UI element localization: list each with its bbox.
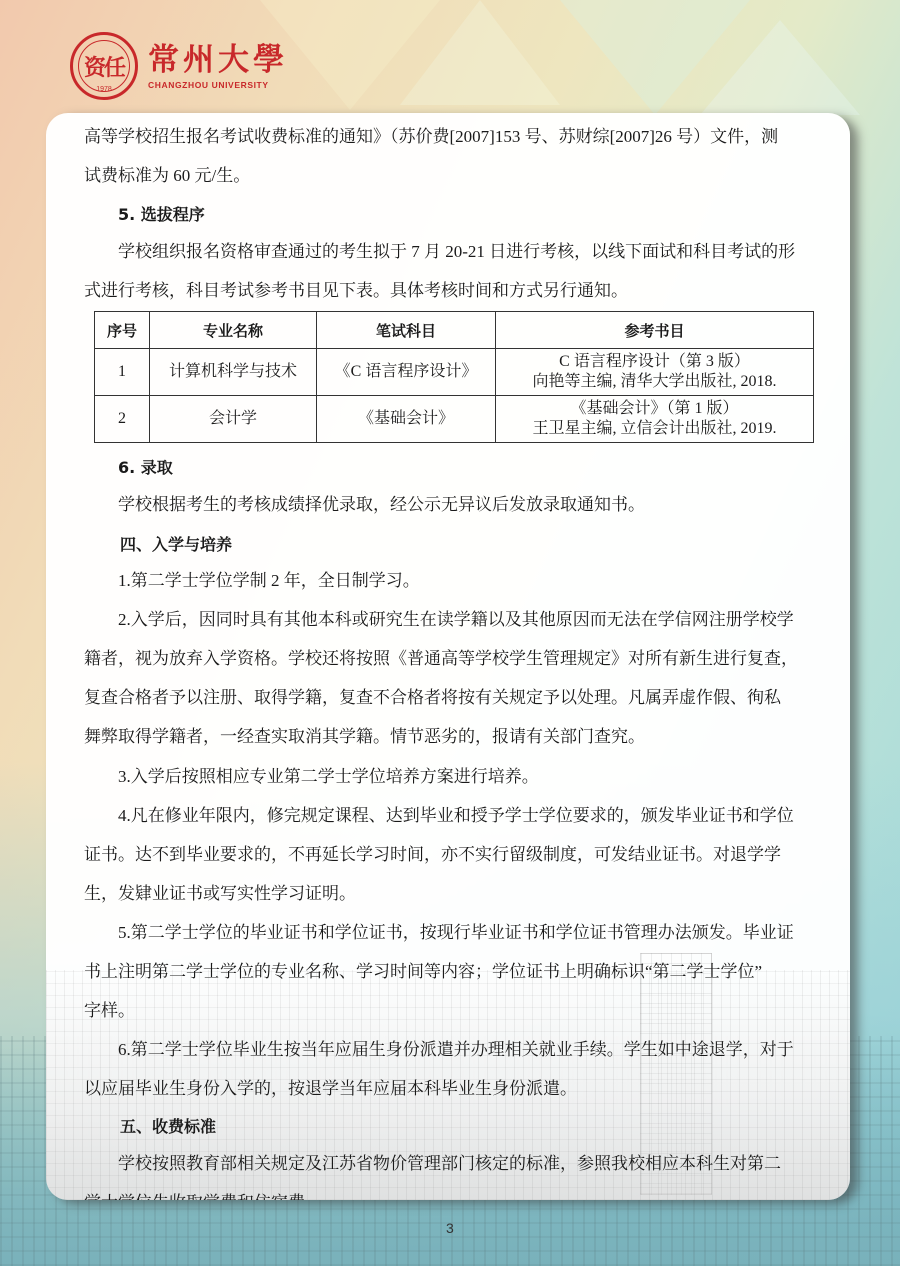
university-name-en: CHANGZHOU UNIVERSITY xyxy=(148,80,288,90)
cell-major: 会计学 xyxy=(150,396,317,443)
paragraph-line: 字样。 xyxy=(84,999,135,1023)
paragraph-line: 式进行考核，科目考试参考书目见下表。具体考核时间和方式另行通知。 xyxy=(84,279,628,303)
university-logo: 资任 · 1978 · 常州大學 CHANGZHOU UNIVERSITY xyxy=(70,30,288,102)
paragraph-line: 学校按照教育部相关规定及江苏省物价管理部门核定的标准，参照我校相应本科生对第二 xyxy=(84,1152,781,1176)
paragraph-line: 舞弊取得学籍者，一经查实取消其学籍。情节恶劣的，报请有关部门查究。 xyxy=(84,725,645,749)
paragraph-line: 6.第二学士学位毕业生按当年应届生身份派遣并办理相关就业手续。学生如中途退学，对… xyxy=(84,1038,794,1062)
university-seal-icon: 资任 · 1978 · xyxy=(70,32,138,100)
paragraph-line: 1.第二学士学位学制 2 年，全日制学习。 xyxy=(84,569,420,593)
page-number: 3 xyxy=(446,1220,454,1236)
paragraph-line: 学校根据考生的考核成绩择优录取，经公示无异议后发放录取通知书。 xyxy=(84,493,645,517)
part-heading-enrollment: 四、入学与培养 xyxy=(84,533,232,557)
cell-book: 《基础会计》（第 1 版） 王卫星主编, 立信会计出版社, 2019. xyxy=(496,396,814,443)
paragraph-line: 5.第二学士学位的毕业证书和学位证书，按现行毕业证书和学位证书管理办法颁发。毕业… xyxy=(84,921,794,945)
paragraph-line: 籍者，视为放弃入学资格。学校还将按照《普通高等学校学生管理规定》对所有新生进行复… xyxy=(84,647,798,671)
cell-no: 2 xyxy=(95,396,150,443)
book-publisher: 向艳等主编, 清华大学出版社, 2018. xyxy=(496,372,813,392)
column-header: 专业名称 xyxy=(150,312,317,349)
book-publisher: 王卫星主编, 立信会计出版社, 2019. xyxy=(496,419,813,439)
cell-major: 计算机科学与技术 xyxy=(150,349,317,396)
book-title: 《基础会计》（第 1 版） xyxy=(496,399,813,419)
column-header: 笔试科目 xyxy=(317,312,496,349)
book-title: C 语言程序设计（第 3 版） xyxy=(496,352,813,372)
paragraph-line: 高等学校招生报名考试收费标准的通知》（苏价费[2007]153 号、苏财综[20… xyxy=(84,125,778,149)
column-header: 序号 xyxy=(95,312,150,349)
cell-exam: 《C 语言程序设计》 xyxy=(317,349,496,396)
cell-book: C 语言程序设计（第 3 版） 向艳等主编, 清华大学出版社, 2018. xyxy=(496,349,814,396)
section-heading-admission: 6. 录取 xyxy=(84,456,173,480)
cell-exam: 《基础会计》 xyxy=(317,396,496,443)
table-row: 1 计算机科学与技术 《C 语言程序设计》 C 语言程序设计（第 3 版） 向艳… xyxy=(95,349,814,396)
document-card: 高等学校招生报名考试收费标准的通知》（苏价费[2007]153 号、苏财综[20… xyxy=(46,113,850,1200)
paragraph-line: 学校组织报名资格审查通过的考生拟于 7 月 20-21 日进行考核，以线下面试和… xyxy=(84,240,795,264)
paragraph-line: 书上注明第二学士学位的专业名称、学习时间等内容；学位证书上明确标识“第二学士学位… xyxy=(84,960,762,984)
column-header: 参考书目 xyxy=(496,312,814,349)
university-name-cn: 常州大學 xyxy=(148,42,288,78)
seal-glyph: 资任 xyxy=(84,51,124,82)
paragraph-line: 以应届毕业生身份入学的，按退学当年应届本科毕业生身份派遣。 xyxy=(84,1077,577,1101)
paragraph-line: 证书。达不到毕业要求的，不再延长学习时间，亦不实行留级制度，可发结业证书。对退学… xyxy=(84,843,781,867)
paragraph-line: 试费标准为 60 元/生。 xyxy=(84,164,250,188)
cell-no: 1 xyxy=(95,349,150,396)
background-triangle xyxy=(400,0,560,105)
section-heading-selection: 5. 选拔程序 xyxy=(84,203,205,227)
paragraph-line: 3.入学后按照相应专业第二学士学位培养方案进行培养。 xyxy=(84,765,539,789)
paragraph-line: 4.凡在修业年限内，修完规定课程、达到毕业和授予学士学位要求的，颁发毕业证书和学… xyxy=(84,804,794,828)
seal-year: · 1978 · xyxy=(73,86,135,93)
paragraph-line: 2.入学后，因同时具有其他本科或研究生在读学籍以及其他原因而无法在学信网注册学校… xyxy=(84,608,794,632)
table-header-row: 序号 专业名称 笔试科目 参考书目 xyxy=(95,312,814,349)
part-heading-fees: 五、收费标准 xyxy=(84,1115,216,1139)
paragraph-line: 学士学位生收取学费和住宿费。 xyxy=(84,1191,322,1200)
paragraph-line: 生，发肄业证书或写实性学习证明。 xyxy=(84,882,356,906)
table-row: 2 会计学 《基础会计》 《基础会计》（第 1 版） 王卫星主编, 立信会计出版… xyxy=(95,396,814,443)
reference-books-table: 序号 专业名称 笔试科目 参考书目 1 计算机科学与技术 《C 语言程序设计》 … xyxy=(94,311,814,443)
background-triangle xyxy=(700,20,860,115)
paragraph-line: 复查合格者予以注册、取得学籍，复查不合格者将按有关规定予以处理。凡属弄虚作假、徇… xyxy=(84,686,781,710)
